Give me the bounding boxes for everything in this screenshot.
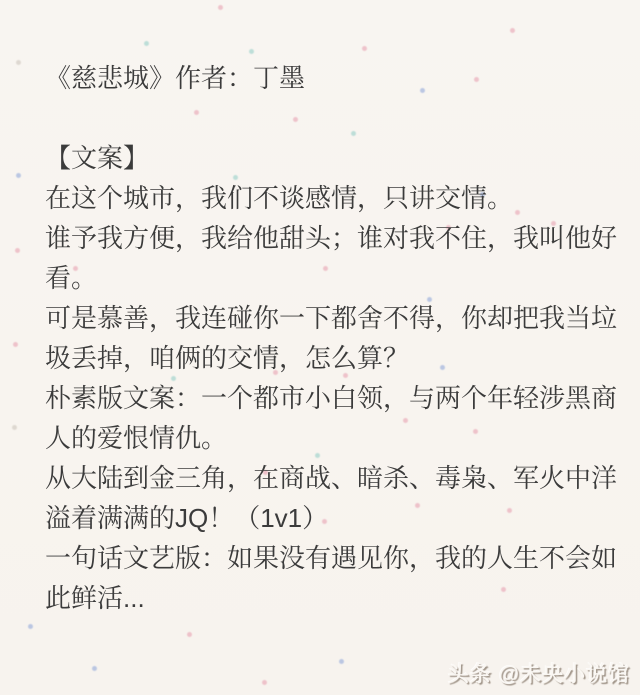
synopsis-paragraph: 从大陆到金三角，在商战、暗杀、毒枭、军火中洋溢着满满的JQ！（1v1）: [45, 458, 621, 538]
confetti-dot: [339, 659, 344, 664]
book-title-author: 《慈悲城》作者：丁墨: [45, 58, 621, 98]
confetti-dot: [12, 425, 17, 430]
synopsis-paragraph: 可是慕善，我连碰你一下都舍不得，你却把我当垃圾丢掉，咱俩的交情，怎么算？: [45, 298, 621, 378]
confetti-dot: [262, 680, 267, 685]
synopsis-paragraph: 谁予我方便，我给他甜头；谁对我不住，我叫他好看。: [45, 218, 621, 298]
confetti-dot: [362, 46, 367, 51]
synopsis-paragraph: 一句话文艺版：如果没有遇见你，我的人生不会如此鲜活...: [45, 538, 621, 618]
confetti-dot: [15, 248, 20, 253]
confetti-dot: [510, 28, 515, 33]
confetti-dot: [187, 632, 192, 637]
confetti-dot: [249, 49, 254, 54]
blank-line: [45, 98, 621, 138]
confetti-dot: [16, 173, 21, 178]
synopsis-paragraph: 在这个城市，我们不谈感情，只讲交情。: [45, 178, 621, 218]
confetti-dot: [16, 60, 21, 65]
confetti-dot: [28, 624, 33, 629]
confetti-dot: [144, 41, 149, 46]
text-content: 《慈悲城》作者：丁墨 【文案】 在这个城市，我们不谈感情，只讲交情。谁予我方便，…: [45, 58, 621, 618]
synopsis-paragraph: 朴素版文案：一个都市小白领，与两个年轻涉黑商人的爱恨情仇。: [45, 378, 621, 458]
section-label: 【文案】: [45, 138, 621, 178]
synopsis: 在这个城市，我们不谈感情，只讲交情。谁予我方便，我给他甜头；谁对我不住，我叫他好…: [45, 178, 621, 618]
confetti-dot: [92, 666, 97, 671]
watermark: 头条 @未央小说馆: [448, 658, 630, 688]
novel-intro-page: 《慈悲城》作者：丁墨 【文案】 在这个城市，我们不谈感情，只讲交情。谁予我方便，…: [0, 0, 640, 695]
confetti-dot: [218, 5, 223, 10]
confetti-dot: [13, 342, 18, 347]
